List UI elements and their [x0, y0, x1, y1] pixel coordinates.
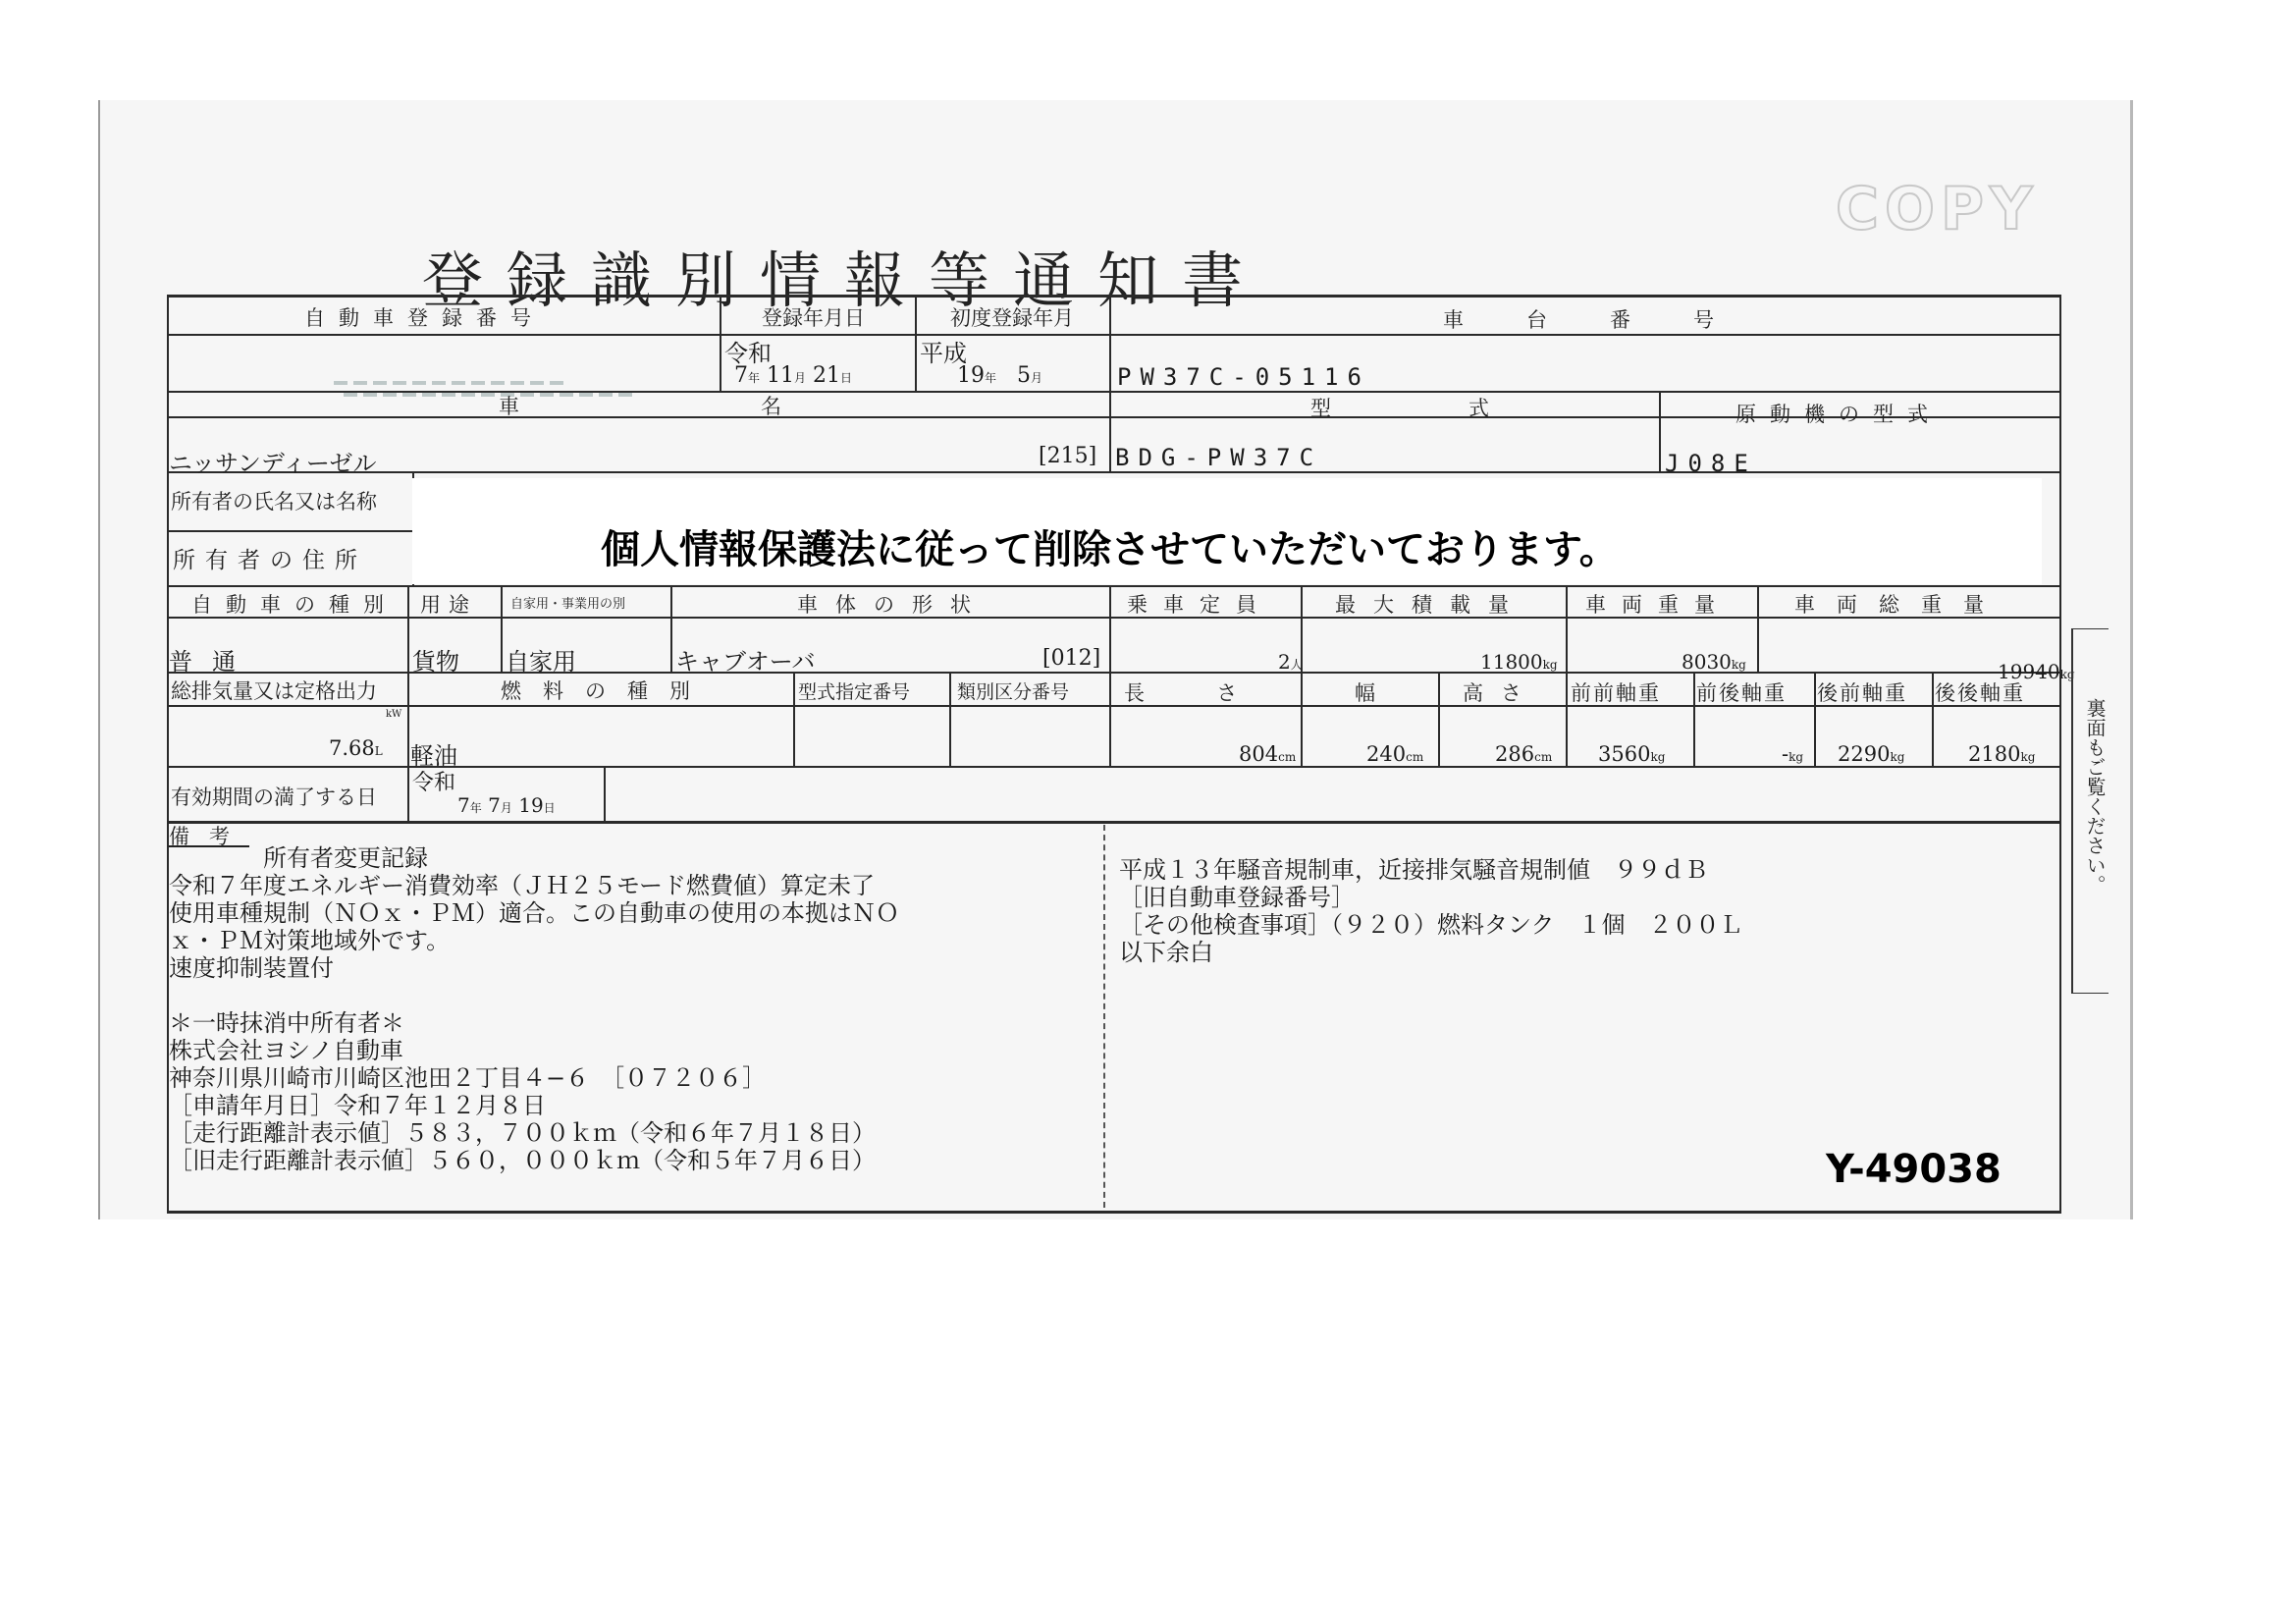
label-type-designation: 型式指定番号 — [798, 677, 910, 704]
label-first-registration: 初度登録年月 — [950, 302, 1074, 332]
label-usage: 用途 — [420, 589, 477, 619]
remarks-line: ［申請年月日］令和７年１２月８日 — [169, 1092, 899, 1119]
label-gross-weight: 車両総重量 — [1794, 589, 2005, 619]
remarks-line: ｘ・ＰＭ対策地域外です。 — [169, 927, 899, 954]
expiry-month: 7 — [488, 793, 501, 817]
label-vehicle-weight: 車両重量 — [1585, 589, 1731, 619]
model-value: BDG-PW37C — [1115, 444, 1322, 471]
label-engine-model: 原動機の型式 — [1735, 399, 1942, 428]
label-car-name-2: 名 — [761, 391, 781, 420]
document-id: Y-49038 — [1826, 1147, 2002, 1192]
label-car-name-1: 車 — [499, 391, 519, 420]
remarks-line: 神奈川県川崎市川崎区池田２丁目４−６ ［０７２０６］ — [169, 1064, 899, 1092]
remarks-line: 所有者変更記録 — [169, 844, 899, 872]
label-fuel-type: 燃料の種別 — [501, 676, 712, 705]
car-name-code: [215] — [1039, 444, 1096, 468]
max-load-value: 11800kg — [1480, 650, 1558, 674]
side-note-box: 裏面もご覧ください。 — [2071, 628, 2109, 994]
label-rf-axle: 後前軸重 — [1817, 677, 1907, 707]
redacted-registration-number — [334, 381, 569, 385]
copy-watermark: COPY — [1836, 175, 2038, 244]
label-ff-axle: 前前軸重 — [1571, 677, 1661, 707]
first-registration-month: 5 — [1017, 363, 1031, 388]
displacement-value: 7.68L — [329, 736, 383, 760]
fr-axle-value: -kg — [1782, 742, 1803, 766]
label-body-shape: 車体の形状 — [797, 589, 988, 619]
label-height: 高さ — [1463, 677, 1539, 707]
remarks-left: 所有者変更記録令和７年度エネルギー消費効率（ＪＨ２５モード燃費値）算定未了使用車… — [169, 844, 899, 1174]
car-name-value: ニッサンディーゼル — [169, 444, 376, 478]
label-rr-axle: 後後軸重 — [1935, 677, 2025, 707]
label-chassis-number: 車台番号 — [1443, 304, 1777, 334]
width-value: 240cm — [1366, 742, 1423, 766]
redaction-notice: 個人情報保護法に従って削除させていただいております。 — [601, 518, 1619, 574]
rf-axle-value: 2290kg — [1838, 742, 1904, 766]
expiry-day: 19 — [518, 793, 543, 817]
private-business-value: 自家用 — [506, 642, 576, 677]
rr-axle-value: 2180kg — [1968, 742, 2035, 766]
registration-month: 11 — [767, 363, 794, 388]
height-value: 286cm — [1495, 742, 1552, 766]
capacity-value: 2人 — [1278, 650, 1303, 674]
remarks-line: 使用車種規制（ＮＯｘ・ＰＭ）適合。この自動車の使用の本拠はＮＯ — [169, 899, 899, 927]
engine-model-value: J08E — [1665, 450, 1757, 477]
remarks-line — [169, 982, 899, 1009]
expiry-era: 令和 — [412, 766, 455, 796]
remarks-line: 平成１３年騒音規制車，近接排気騒音規制値 ９９ｄＢ — [1119, 856, 1743, 884]
vehicle-class-value: 普通 — [169, 642, 255, 677]
expiry-date: 7年 7月 19日 — [457, 793, 556, 817]
label-expiry: 有効期間の満了する日 — [171, 782, 377, 811]
registration-year: 7 — [734, 363, 748, 388]
usage-value: 貨物 — [412, 642, 459, 677]
vehicle-weight-value: 8030kg — [1682, 650, 1746, 674]
registration-day: 21 — [813, 363, 840, 388]
body-shape-value: キャブオーバ — [675, 642, 816, 677]
remarks-line: 株式会社ヨシノ自動車 — [169, 1037, 899, 1064]
displacement-unit-kw: kW — [386, 709, 401, 720]
label-width: 幅 — [1355, 677, 1375, 707]
label-category-number: 類別区分番号 — [957, 677, 1069, 704]
remarks-line: ［その他検査事項］（９２０）燃料タンク １個 ２００Ｌ — [1119, 911, 1743, 939]
label-displacement: 総排気量又は定格出力 — [171, 676, 377, 705]
first-registration-date: 19年 5月 — [957, 363, 1042, 388]
remarks-line: ［走行距離計表示値］５８３，７００ｋｍ（令和６年７月１８日） — [169, 1119, 899, 1147]
label-max-load: 最大積載量 — [1335, 589, 1526, 619]
label-vehicle-class: 自動車の種別 — [191, 589, 398, 619]
ff-axle-value: 3560kg — [1598, 742, 1665, 766]
remarks-line: 速度抑制装置付 — [169, 954, 899, 982]
first-registration-year: 19 — [957, 363, 985, 388]
remarks-right: 平成１３年騒音規制車，近接排気騒音規制値 ９９ｄＢ［旧自動車登録番号］［その他検… — [1119, 856, 1743, 966]
label-owner-address: 所有者の住所 — [173, 542, 367, 574]
chassis-number-value: PW37C-05116 — [1117, 363, 1370, 391]
remarks-line: ＊一時抹消中所有者＊ — [169, 1009, 899, 1037]
label-length: 長 さ — [1124, 677, 1237, 707]
label-private-business: 自家用・事業用の別 — [510, 593, 625, 612]
label-owner-name: 所有者の氏名又は名称 — [171, 486, 377, 515]
side-note-text: 裏面もご覧ください。 — [2081, 698, 2109, 894]
label-model: 型式 — [1310, 393, 1627, 422]
expiry-year: 7 — [457, 793, 470, 817]
body-shape-code: [012] — [1042, 646, 1100, 671]
registration-date: 7年 11月 21日 — [734, 363, 852, 388]
label-capacity: 乗車定員 — [1127, 589, 1272, 619]
label-fr-axle: 前後軸重 — [1696, 677, 1787, 707]
redacted-smudge — [344, 393, 638, 397]
label-registration-number: 自動車登録番号 — [304, 302, 545, 332]
remarks-line: 以下余白 — [1119, 939, 1743, 966]
remarks-line: 令和７年度エネルギー消費効率（ＪＨ２５モード燃費値）算定未了 — [169, 872, 899, 899]
length-value: 804cm — [1239, 742, 1296, 766]
remarks-line: ［旧走行距離計表示値］５６０，０００ｋｍ（令和５年７月６日） — [169, 1147, 899, 1174]
label-registration-date: 登録年月日 — [762, 302, 865, 332]
remarks-line: ［旧自動車登録番号］ — [1119, 884, 1743, 911]
